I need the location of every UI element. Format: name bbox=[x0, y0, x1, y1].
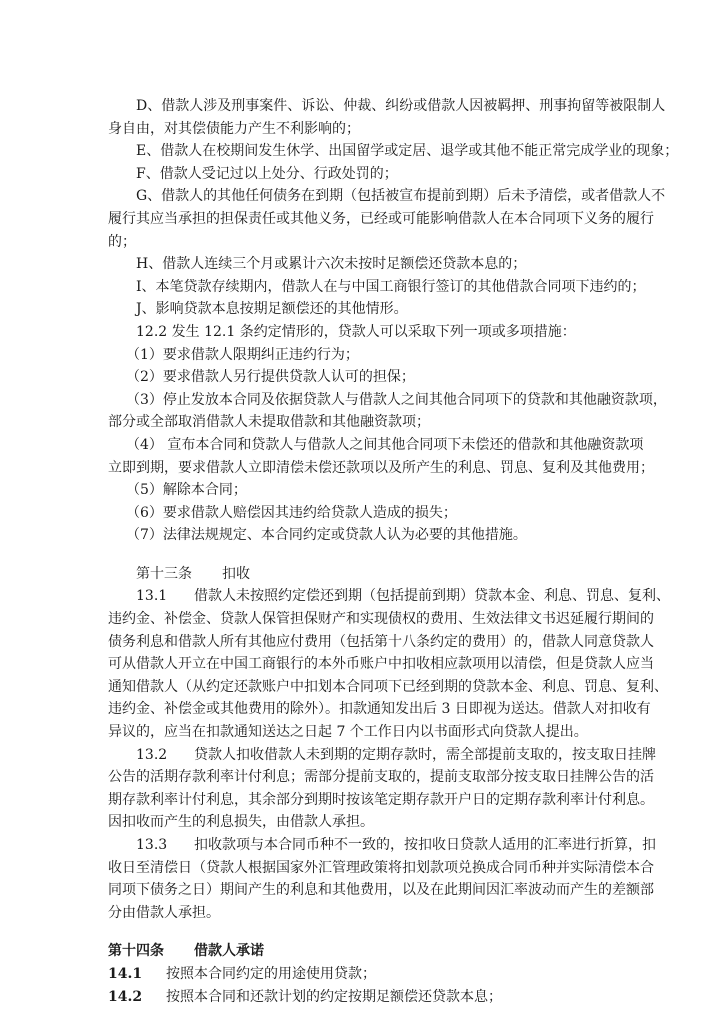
clause-text: 按照本合同约定的用途使用贷款； bbox=[166, 966, 376, 982]
article-14-heading: 第十四条借款人承诺 bbox=[108, 940, 614, 963]
text-line: 通知借款人（从约定还款账户中扣划本合同项下已经到期的贷款本金、利息、罚息、复利、 bbox=[108, 676, 614, 699]
default-item-d: D、借款人涉及刑事案件、诉讼、仲裁、纠纷或借款人因被羁押、刑事拘留等被限制人 身… bbox=[108, 95, 614, 140]
text-line: （3）停止发放本合同及依据贷款人与借款人之间其他合同项下的贷款和其他融资款项， bbox=[108, 389, 614, 412]
clause-text: 借款人未按照约定偿还到期（包括提前到期）贷款本金、利息、罚息、复利、 bbox=[194, 588, 670, 604]
text-line: 违约金、补偿金、贷款人保管担保财产和实现债权的费用、生效法律文书迟延履行期间的 bbox=[108, 608, 614, 631]
article-13-heading: 第十三条扣收 bbox=[108, 563, 614, 586]
clause-13-2: 13.2贷款人扣收借款人未到期的定期存款时，需全部提前支取的，按支取日挂牌 公告… bbox=[108, 744, 614, 834]
article-title: 扣收 bbox=[222, 566, 250, 582]
default-item-g: G、借款人的其他任何债务在到期（包括被宣布提前到期）后未予清偿，或者借款人不 履… bbox=[108, 185, 614, 253]
text-line: D、借款人涉及刑事案件、诉讼、仲裁、纠纷或借款人因被羁押、刑事拘留等被限制人 bbox=[108, 95, 614, 118]
text-line: 履行其应当承担的担保责任或其他义务，已经或可能影响借款人在本合同项下义务的履行 bbox=[108, 208, 614, 231]
clause-text: 按照本合同和还款计划的约定按期足额偿还贷款本息； bbox=[166, 989, 502, 1005]
text-line: （1）要求借款人限期纠正违约行为； bbox=[108, 344, 614, 367]
clause-number: 13.1 bbox=[136, 585, 194, 608]
default-item-h: H、借款人连续三个月或累计六次未按时足额偿还贷款本息的； bbox=[108, 253, 614, 276]
clause-14-1: 14.1按照本合同约定的用途使用贷款； bbox=[108, 963, 614, 986]
text-line: （2）要求借款人另行提供贷款人认可的担保； bbox=[108, 366, 614, 389]
text-line: （5）解除本合同； bbox=[108, 479, 614, 502]
spacer bbox=[108, 547, 614, 563]
document-page: D、借款人涉及刑事案件、诉讼、仲裁、纠纷或借款人因被羁押、刑事拘留等被限制人 身… bbox=[0, 0, 720, 1017]
text-line: F、借款人受记过以上处分、行政处罚的； bbox=[108, 163, 614, 186]
text-line: 13.1借款人未按照约定偿还到期（包括提前到期）贷款本金、利息、罚息、复利、 bbox=[108, 585, 614, 608]
text-line: 的； bbox=[108, 231, 614, 254]
measure-7: （7）法律法规规定、本合同约定或贷款人认为必要的其他措施。 bbox=[108, 524, 614, 547]
text-line: 异议的，应当在扣款通知送达之日起 7 个工作日内以书面形式向贷款人提出。 bbox=[108, 721, 614, 744]
text-line: （6）要求借款人赔偿因其违约给贷款人造成的损失； bbox=[108, 502, 614, 525]
measure-6: （6）要求借款人赔偿因其违约给贷款人造成的损失； bbox=[108, 502, 614, 525]
clause-number: 14.1 bbox=[108, 963, 166, 986]
measure-4: （4） 宣布本合同和贷款人与借款人之间其他合同项下未偿还的借款和其他融资款项 立… bbox=[108, 434, 614, 479]
text-line: I、本笔贷款存续期内，借款人在与中国工商银行签订的其他借款合同项下违约的； bbox=[108, 276, 614, 299]
text-line: 公告的活期存款利率计付利息；需部分提前支取的，提前支取部分按支取日挂牌公告的活 bbox=[108, 766, 614, 789]
text-line: 违约金、补偿金或其他费用的除外）。扣款通知发出后 3 日即视为送达。借款人对扣收… bbox=[108, 698, 614, 721]
clause-13-1: 13.1借款人未按照约定偿还到期（包括提前到期）贷款本金、利息、罚息、复利、 违… bbox=[108, 585, 614, 743]
text-line: （4） 宣布本合同和贷款人与借款人之间其他合同项下未偿还的借款和其他融资款项 bbox=[108, 434, 614, 457]
article-number: 第十四条 bbox=[108, 940, 194, 963]
text-line: 收日至清偿日（贷款人根据国家外汇管理政策将扣划款项兑换成合同币种并实际清偿本合 bbox=[108, 857, 614, 880]
measure-3: （3）停止发放本合同及依据贷款人与借款人之间其他合同项下的贷款和其他融资款项， … bbox=[108, 389, 614, 434]
default-item-i: I、本笔贷款存续期内，借款人在与中国工商银行签订的其他借款合同项下违约的； bbox=[108, 276, 614, 299]
text-line: E、借款人在校期间发生休学、出国留学或定居、退学或其他不能正常完成学业的现象； bbox=[108, 140, 614, 163]
article-number: 第十三条 bbox=[136, 563, 222, 586]
text-line: 部分或全部取消借款人未提取借款和其他融资款项； bbox=[108, 411, 614, 434]
clause-number: 13.3 bbox=[136, 834, 194, 857]
text-line: 因扣收而产生的利息损失，由借款人承担。 bbox=[108, 811, 614, 834]
text-line: 身自由，对其偿债能力产生不利影响的； bbox=[108, 118, 614, 141]
default-item-f: F、借款人受记过以上处分、行政处罚的； bbox=[108, 163, 614, 186]
text-line: 分由借款人承担。 bbox=[108, 902, 614, 925]
measure-1: （1）要求借款人限期纠正违约行为； bbox=[108, 344, 614, 367]
clause-12-2: 12.2 发生 12.1 条约定情形的，贷款人可以采取下列一项或多项措施： bbox=[108, 321, 614, 344]
clause-number: 13.2 bbox=[136, 744, 194, 767]
measure-5: （5）解除本合同； bbox=[108, 479, 614, 502]
text-line: 立即到期，要求借款人立即清偿未偿还款项以及所产生的利息、罚息、复利及其他费用； bbox=[108, 457, 614, 480]
measure-2: （2）要求借款人另行提供贷款人认可的担保； bbox=[108, 366, 614, 389]
text-line: J、影响贷款本息按期足额偿还的其他情形。 bbox=[108, 298, 614, 321]
clause-13-3: 13.3扣收款项与本合同币种不一致的，按扣收日贷款人适用的汇率进行折算，扣 收日… bbox=[108, 834, 614, 924]
text-line: 13.2贷款人扣收借款人未到期的定期存款时，需全部提前支取的，按支取日挂牌 bbox=[108, 744, 614, 767]
text-line: H、借款人连续三个月或累计六次未按时足额偿还贷款本息的； bbox=[108, 253, 614, 276]
clause-14-2: 14.2按照本合同和还款计划的约定按期足额偿还贷款本息； bbox=[108, 986, 614, 1009]
text-line: 可从借款人开立在中国工商银行的本外币账户中扣收相应款项用以清偿，但是贷款人应当 bbox=[108, 653, 614, 676]
clause-number: 14.2 bbox=[108, 986, 166, 1009]
spacer bbox=[108, 924, 614, 940]
text-line: 债务利息和借款人所有其他应付费用（包括第十八条约定的费用）的，借款人同意贷款人 bbox=[108, 631, 614, 654]
text-line: （7）法律法规规定、本合同约定或贷款人认为必要的其他措施。 bbox=[108, 524, 614, 547]
text-line: 同项下债务之日）期间产生的利息和其他费用，以及在此期间因汇率波动而产生的差额部 bbox=[108, 879, 614, 902]
clause-text: 扣收款项与本合同币种不一致的，按扣收日贷款人适用的汇率进行折算，扣 bbox=[194, 837, 656, 853]
default-item-e: E、借款人在校期间发生休学、出国留学或定居、退学或其他不能正常完成学业的现象； bbox=[108, 140, 614, 163]
clause-text: 贷款人扣收借款人未到期的定期存款时，需全部提前支取的，按支取日挂牌 bbox=[194, 747, 656, 763]
text-line: 期存款利率计付利息，其余部分到期时按该笔定期存款开户日的定期存款利率计付利息。 bbox=[108, 789, 614, 812]
text-line: 13.3扣收款项与本合同币种不一致的，按扣收日贷款人适用的汇率进行折算，扣 bbox=[108, 834, 614, 857]
default-item-j: J、影响贷款本息按期足额偿还的其他情形。 bbox=[108, 298, 614, 321]
document-body: D、借款人涉及刑事案件、诉讼、仲裁、纠纷或借款人因被羁押、刑事拘留等被限制人 身… bbox=[108, 95, 614, 1008]
text-line: G、借款人的其他任何债务在到期（包括被宣布提前到期）后未予清偿，或者借款人不 bbox=[108, 185, 614, 208]
article-title: 借款人承诺 bbox=[194, 943, 264, 959]
